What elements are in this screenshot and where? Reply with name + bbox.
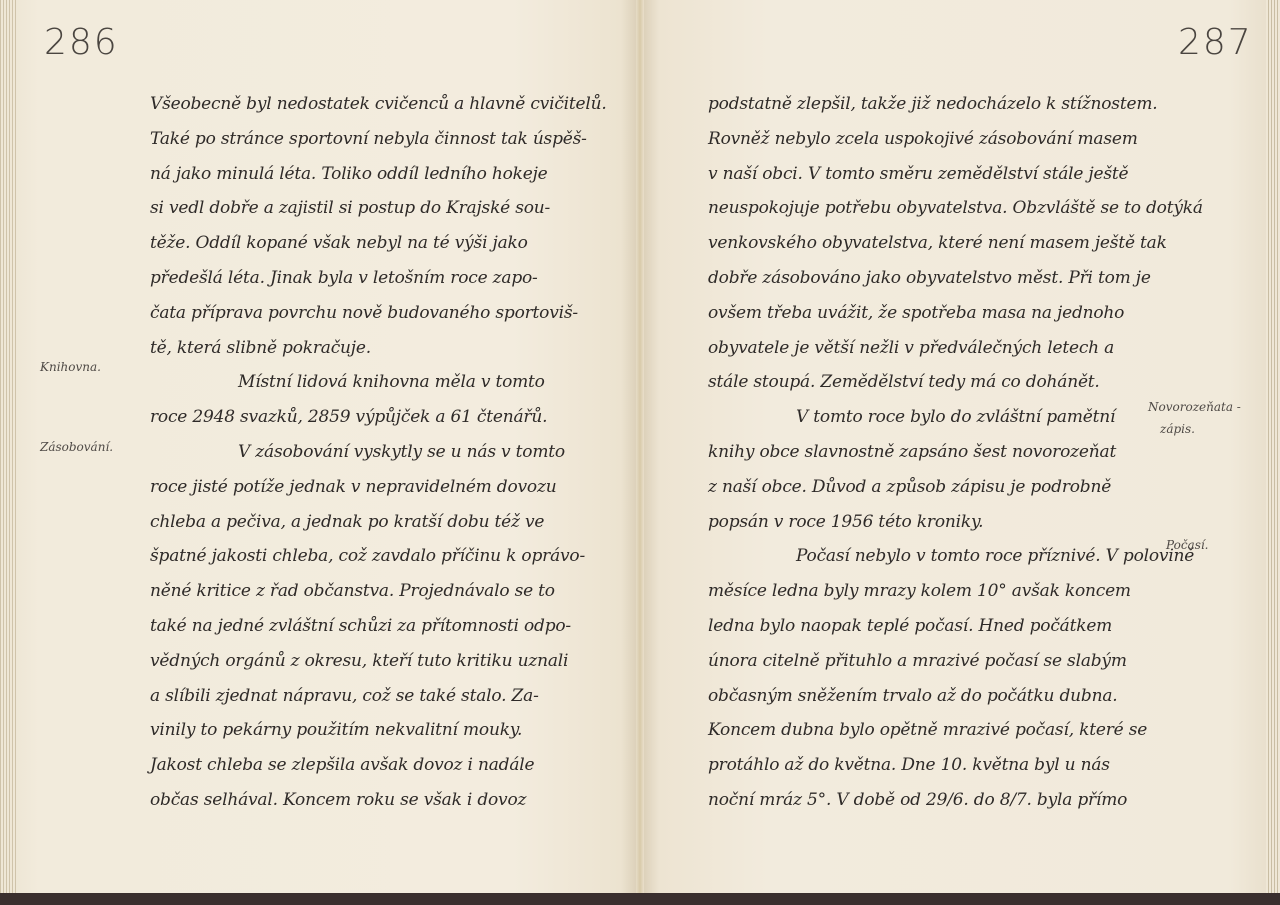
text-line: předešlá léta. Jinak byla v letošním roc… bbox=[150, 261, 607, 296]
text-line: knihy obce slavnostně zapsáno šest novor… bbox=[708, 435, 1203, 470]
text-line: ovšem třeba uvážit, že spotřeba masa na … bbox=[708, 296, 1203, 331]
text-line: vinily to pekárny použitím nekvalitní mo… bbox=[150, 713, 607, 748]
text-line: těže. Oddíl kopané však nebyl na té výši… bbox=[150, 226, 607, 261]
right-page: 287 podstatně zlepšil, takže již nedochá… bbox=[640, 0, 1280, 893]
text-line: Koncem dubna bylo opětně mrazivé počasí,… bbox=[708, 713, 1203, 748]
text-line: občasným sněžením trvalo až do počátku d… bbox=[708, 679, 1203, 714]
text-line: stále stoupá. Zemědělství tedy má co doh… bbox=[708, 365, 1203, 400]
text-line: špatné jakosti chleba, což zavdalo příči… bbox=[150, 539, 607, 574]
right-page-text: podstatně zlepšil, takže již nedocházelo… bbox=[708, 87, 1203, 818]
text-line: února citelně přituhlo a mrazivé počasí … bbox=[708, 644, 1203, 679]
text-line: V zásobování vyskytly se u nás v tomto bbox=[150, 435, 607, 470]
text-line: obyvatele je větší nežli v předválečných… bbox=[708, 331, 1203, 366]
text-line: ná jako minulá léta. Toliko oddíl ledníh… bbox=[150, 157, 607, 192]
open-book: 286 Všeobecně byl nedostatek cvičenců a … bbox=[0, 0, 1280, 893]
text-line: si vedl dobře a zajistil si postup do Kr… bbox=[150, 191, 607, 226]
text-line: Rovněž nebylo zcela uspokojivé zásobován… bbox=[708, 122, 1203, 157]
text-line: neuspokojuje potřebu obyvatelstva. Obzvl… bbox=[708, 191, 1203, 226]
text-line: v naší obci. V tomto směru zemědělství s… bbox=[708, 157, 1203, 192]
text-line: chleba a pečiva, a jednak po kratší dobu… bbox=[150, 505, 607, 540]
left-page: 286 Všeobecně byl nedostatek cvičenců a … bbox=[0, 0, 640, 893]
text-line: podstatně zlepšil, takže již nedocházelo… bbox=[708, 87, 1203, 122]
margin-note-novorozenata: Novorozeňata - bbox=[1148, 400, 1241, 414]
text-line: také na jedné zvláštní schůzi za přítomn… bbox=[150, 609, 607, 644]
text-line: Také po stránce sportovní nebyla činnost… bbox=[150, 122, 607, 157]
left-page-text: Všeobecně byl nedostatek cvičenců a hlav… bbox=[150, 87, 607, 818]
text-line: dobře zásobováno jako obyvatelstvo měst.… bbox=[708, 261, 1203, 296]
text-line: a slíbili zjednat nápravu, což se také s… bbox=[150, 679, 607, 714]
margin-note-zapis: zápis. bbox=[1160, 422, 1195, 436]
margin-note-pocasi: Počasí. bbox=[1166, 538, 1209, 552]
text-line: Všeobecně byl nedostatek cvičenců a hlav… bbox=[150, 87, 607, 122]
page-number-right: 287 bbox=[1178, 22, 1253, 63]
text-line: roce jisté potíže jednak v nepravidelném… bbox=[150, 470, 607, 505]
page-edge-stack-right bbox=[1266, 0, 1280, 893]
text-line: popsán v roce 1956 této kroniky. bbox=[708, 505, 1203, 540]
page-number-left: 286 bbox=[44, 22, 119, 63]
margin-note-knihovna: Knihovna. bbox=[40, 360, 101, 374]
text-line: měsíce ledna byly mrazy kolem 10° avšak … bbox=[708, 574, 1203, 609]
text-line: ledna bylo naopak teplé počasí. Hned poč… bbox=[708, 609, 1203, 644]
text-line: vědných orgánů z okresu, kteří tuto krit… bbox=[150, 644, 607, 679]
text-line: občas selhával. Koncem roku se však i do… bbox=[150, 783, 607, 818]
text-line: tě, která slibně pokračuje. bbox=[150, 331, 607, 366]
text-line: z naší obce. Důvod a způsob zápisu je po… bbox=[708, 470, 1203, 505]
text-line: Jakost chleba se zlepšila avšak dovoz i … bbox=[150, 748, 607, 783]
text-line: čata příprava povrchu nově budovaného sp… bbox=[150, 296, 607, 331]
text-line: něné kritice z řad občanstva. Projednáva… bbox=[150, 574, 607, 609]
text-line: Počasí nebylo v tomto roce příznivé. V p… bbox=[708, 539, 1203, 574]
text-line: roce 2948 svazků, 2859 výpůjček a 61 čte… bbox=[150, 400, 607, 435]
text-line: noční mráz 5°. V době od 29/6. do 8/7. b… bbox=[708, 783, 1203, 818]
text-line: Místní lidová knihovna měla v tomto bbox=[150, 365, 607, 400]
text-line: venkovského obyvatelstva, které není mas… bbox=[708, 226, 1203, 261]
book-spine bbox=[636, 0, 644, 893]
text-line: V tomto roce bylo do zvláštní pamětní bbox=[708, 400, 1203, 435]
page-edge-stack-left bbox=[0, 0, 16, 893]
margin-note-zasobovani: Zásobování. bbox=[40, 440, 113, 454]
text-line: protáhlo až do května. Dne 10. května by… bbox=[708, 748, 1203, 783]
